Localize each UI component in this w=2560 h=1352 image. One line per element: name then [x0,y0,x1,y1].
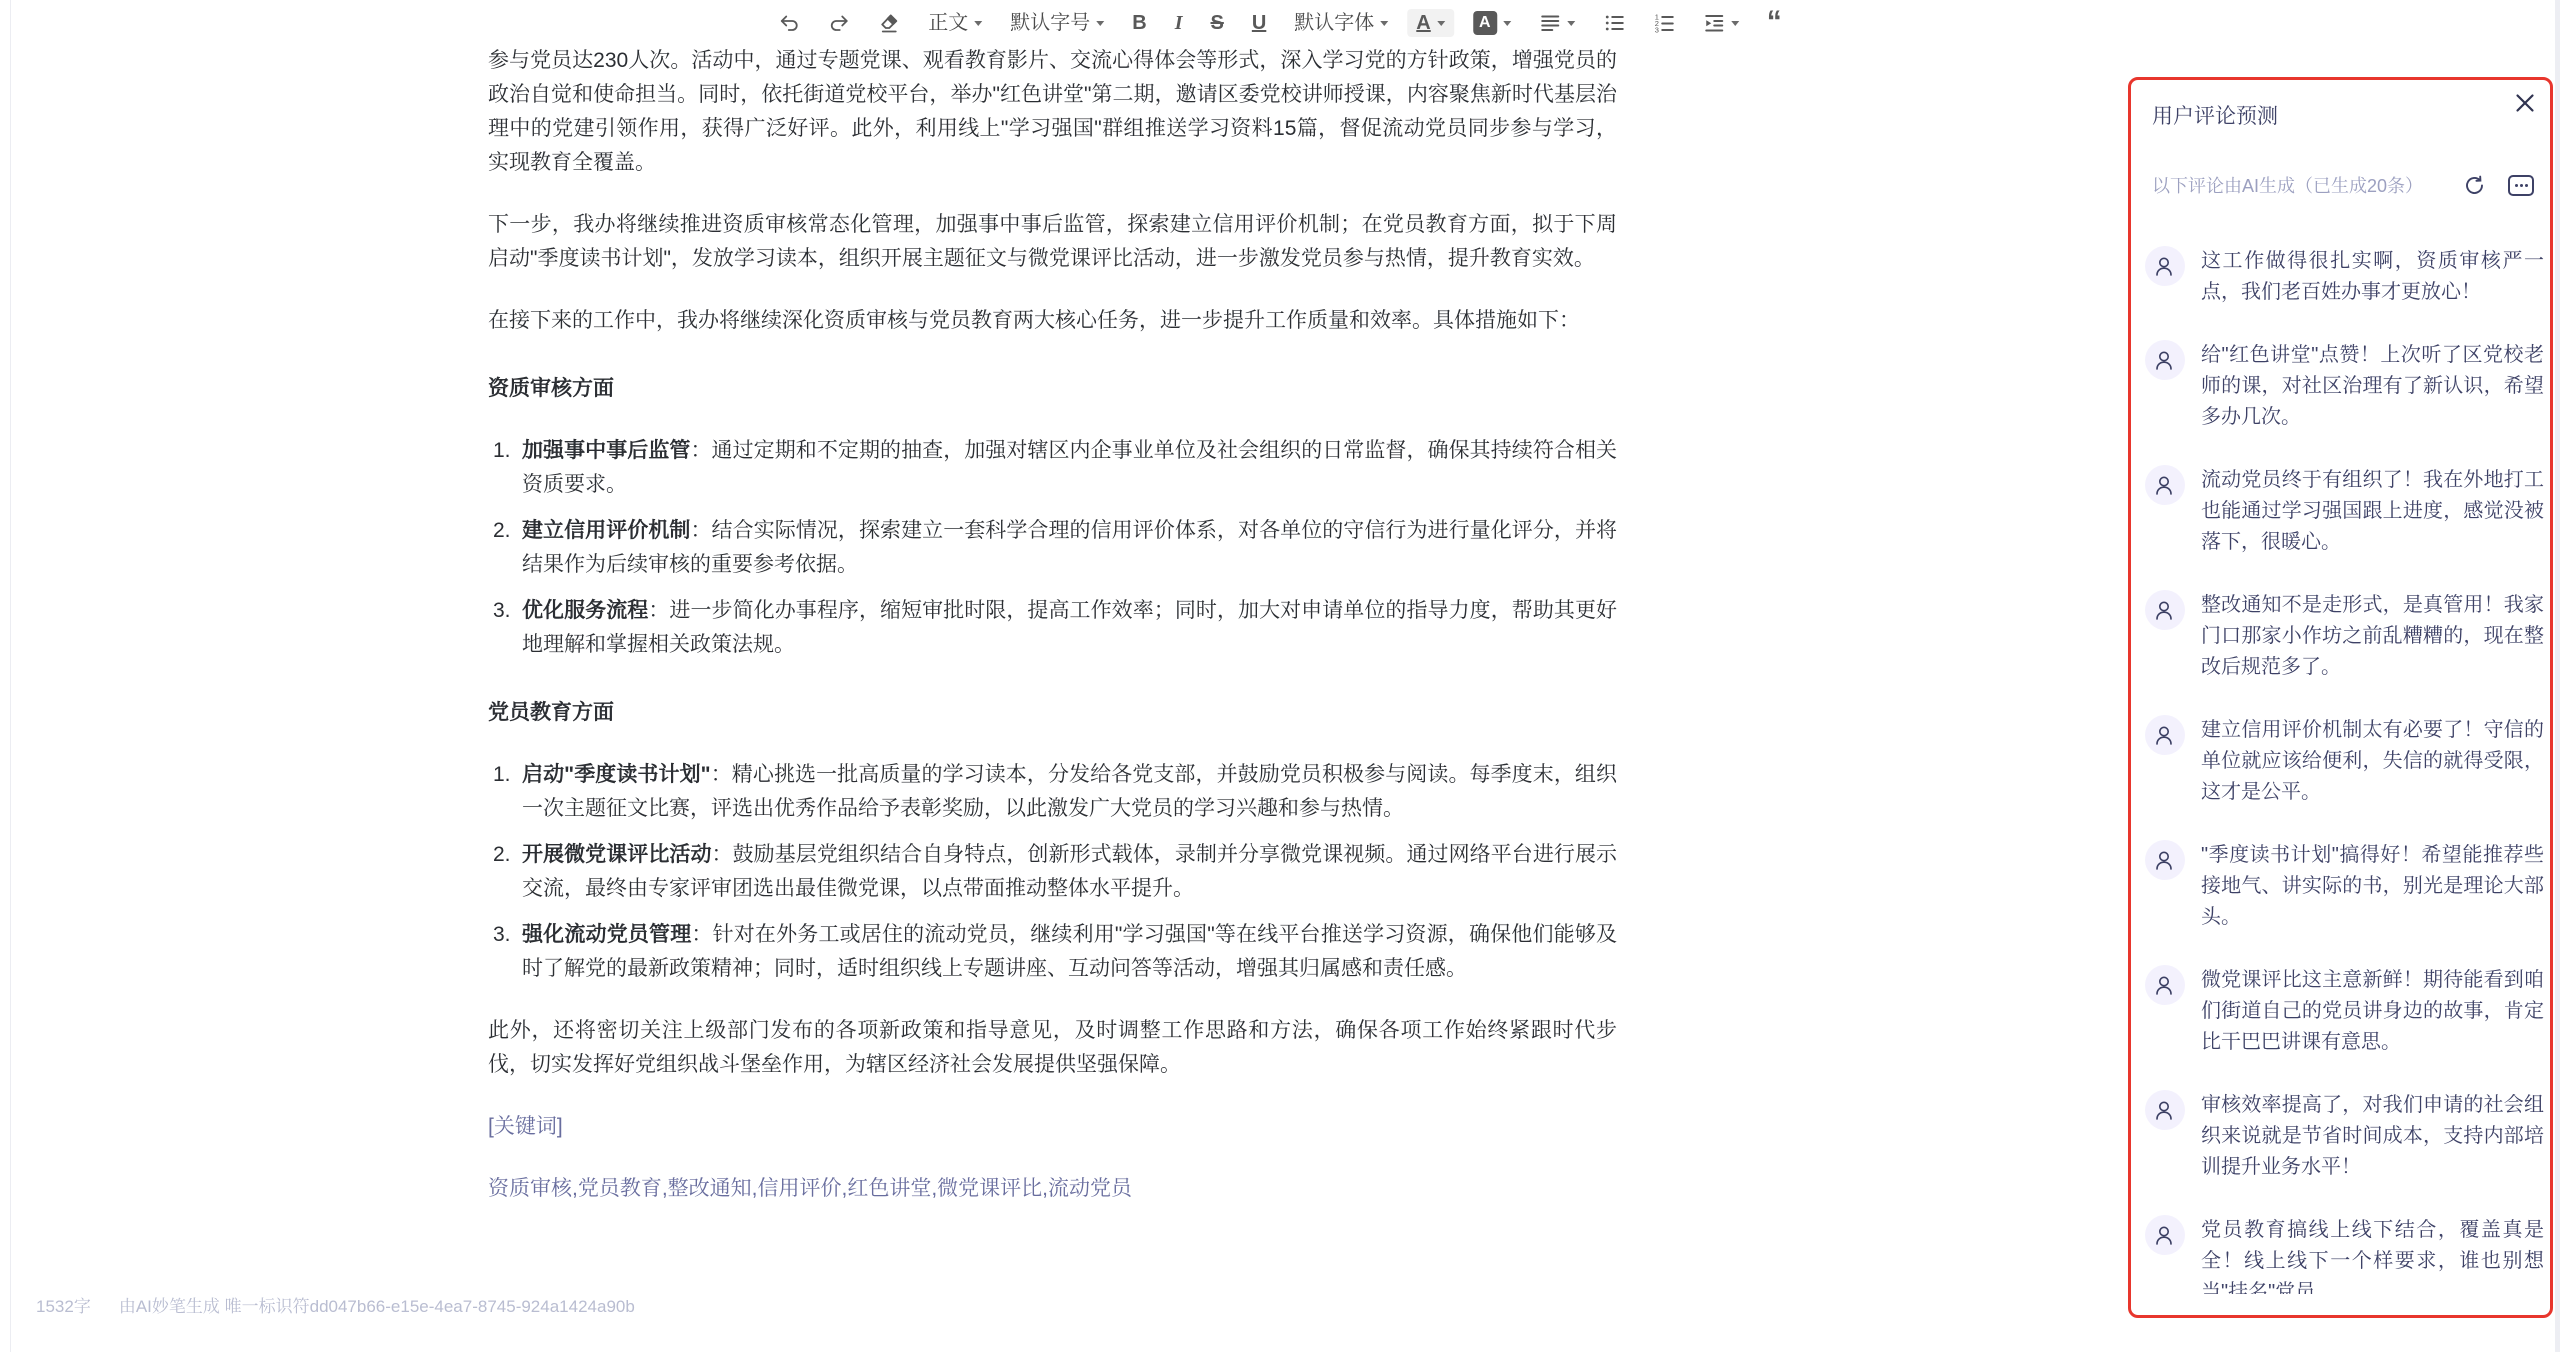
svg-text:3: 3 [1654,26,1658,35]
bullet-list-button[interactable] [1594,8,1634,38]
keywords-label: [关键词] [488,1110,1617,1144]
chevron-down-icon [1731,21,1739,26]
user-icon [2153,598,2177,622]
avatar [2145,965,2185,1005]
chevron-down-icon [1567,21,1575,26]
redo-button[interactable] [819,8,859,38]
formatting-toolbar: 正文 默认字号 B I S U 默认字体 A A 123 “ [769,5,1791,41]
list-number: 3. [488,594,522,662]
comment-prediction-panel: 用户评论预测 以下评论由AI生成（已生成20条） 这工作做得很扎实啊，资质审核严… [2128,77,2553,1318]
paragraph: 此外，还将密切关注上级部门发布的各项新政策和指导意见，及时调整工作思路和方法，确… [488,1014,1617,1082]
list-item-text: 优化服务流程：进一步简化办事程序，缩短审批时限，提高工作效率；同时，加大对申请单… [522,594,1617,662]
list-item: 1.启动"季度读书计划"：精心挑选一批高质量的学习读本，分发给各党支部，并鼓励党… [488,758,1617,826]
comment-text: 审核效率提高了，对我们申请的社会组织来说就是节省时间成本，支持内部培训提升业务水… [2201,1090,2544,1183]
paragraph: 下一步，我办将继续推进资质审核常态化管理，加强事中事后监管，探索建立信用评价机制… [488,208,1617,276]
list-number: 1. [488,758,522,826]
quote-icon: “ [1767,12,1782,34]
more-options-icon [2508,175,2534,196]
avatar [2145,590,2185,630]
comment-item: 微党课评比这主意新鲜！期待能看到咱们街道自己的党员讲身边的故事，肯定比干巴巴讲课… [2145,965,2544,1058]
avatar [2145,465,2185,505]
avatar [2145,715,2185,755]
comments-list[interactable]: 这工作做得很扎实啊，资质审核严一点，我们老百姓办事才更放心！给"红色讲堂"点赞！… [2145,246,2544,1294]
comment-text: 流动党员终于有组织了！我在外地打工也能通过学习强国跟上进度，感觉没被落下，很暖心… [2201,465,2544,558]
comment-item: 党员教育搞线上线下结合，覆盖真是全！线上线下一个样要求，谁也别想当"挂名"党员。 [2145,1215,2544,1294]
avatar [2145,1090,2185,1130]
user-icon [2153,1098,2177,1122]
close-button[interactable] [2510,88,2540,118]
list-item-text: 建立信用评价机制：结合实际情况，探索建立一套科学合理的信用评价体系，对各单位的守… [522,514,1617,582]
comment-item: 给"红色讲堂"点赞！上次听了区党校老师的课，对社区治理有了新认识，希望多办几次。 [2145,340,2544,433]
list-item-text: 启动"季度读书计划"：精心挑选一批高质量的学习读本，分发给各党支部，并鼓励党员积… [522,758,1617,826]
user-icon [2153,723,2177,747]
list-item: 2.建立信用评价机制：结合实际情况，探索建立一套科学合理的信用评价体系，对各单位… [488,514,1617,582]
redo-icon [828,12,850,34]
highlight-color-icon: A [1473,11,1497,35]
word-count: 1532字 [36,1292,91,1317]
numbered-list: 1.启动"季度读书计划"：精心挑选一批高质量的学习读本，分发给各党支部，并鼓励党… [488,758,1617,986]
list-item: 2.开展微党课评比活动：鼓励基层党组织结合自身特点，创新形式载体，录制并分享微党… [488,838,1617,906]
paragraph: 在接下来的工作中，我办将继续深化资质审核与党员教育两大核心任务，进一步提升工作质… [488,304,1617,338]
more-options-button[interactable] [2508,175,2534,196]
clear-format-button[interactable] [869,8,909,38]
font-size-label: 默认字号 [1010,13,1090,33]
user-icon [2153,1223,2177,1247]
list-item-text: 开展微党课评比活动：鼓励基层党组织结合自身特点，创新形式载体，录制并分享微党课视… [522,838,1617,906]
chevron-down-icon [1437,21,1445,26]
undo-button[interactable] [769,8,809,38]
panel-title: 用户评论预测 [2152,100,2278,130]
avatar [2145,246,2185,286]
italic-button[interactable]: I [1166,9,1192,37]
avatar [2145,840,2185,880]
strikethrough-button[interactable]: S [1202,9,1233,37]
scrollbar-track[interactable] [2555,0,2560,1352]
comment-text: "季度读书计划"搞得好！希望能推荐些接地气、讲实际的书，别光是理论大部头。 [2201,840,2544,933]
user-icon [2153,473,2177,497]
list-number: 1. [488,434,522,502]
avatar [2145,340,2185,380]
eraser-icon [878,12,900,34]
section-heading: 资质审核方面 [488,372,1617,406]
panel-subheader: 以下评论由AI生成（已生成20条） [2152,172,2534,198]
paragraph-style-select[interactable]: 正文 [919,9,991,37]
comment-item: 这工作做得很扎实啊，资质审核严一点，我们老百姓办事才更放心！ [2145,246,2544,308]
comment-item: 审核效率提高了，对我们申请的社会组织来说就是节省时间成本，支持内部培训提升业务水… [2145,1090,2544,1183]
bold-button[interactable]: B [1123,9,1155,37]
chevron-down-icon [1096,21,1104,26]
generation-info: 由AI妙笔生成 唯一标识符dd047b66-e15e-4ea7-8745-924… [119,1292,635,1317]
user-icon [2153,848,2177,872]
user-icon [2153,348,2177,372]
font-family-select[interactable]: 默认字体 [1285,9,1397,37]
refresh-button[interactable] [2463,174,2486,197]
comment-text: 这工作做得很扎实啊，资质审核严一点，我们老百姓办事才更放心！ [2201,246,2544,308]
font-size-select[interactable]: 默认字号 [1001,9,1113,37]
highlight-color-button[interactable]: A [1464,7,1520,39]
list-item: 3.优化服务流程：进一步简化办事程序，缩短审批时限，提高工作效率；同时，加大对申… [488,594,1617,662]
document-content[interactable]: 参与党员达230人次。活动中，通过专题党课、观看教育影片、交流心得体会等形式，深… [488,44,1617,1206]
comment-text: 建立信用评价机制太有必要了！守信的单位就应该给便利，失信的就得受限，这才是公平。 [2201,715,2544,808]
list-number: 2. [488,514,522,582]
bold-icon: B [1132,13,1146,33]
numbered-list-button[interactable]: 123 [1644,8,1684,38]
indent-icon [1703,12,1725,34]
align-icon [1539,12,1561,34]
numbered-list: 1.加强事中事后监管：通过定期和不定期的抽查，加强对辖区内企事业单位及社会组织的… [488,434,1617,662]
underline-button[interactable]: U [1243,9,1275,37]
section-heading: 党员教育方面 [488,696,1617,730]
font-color-icon: A [1416,13,1430,33]
strikethrough-icon: S [1211,13,1224,33]
list-item: 1.加强事中事后监管：通过定期和不定期的抽查，加强对辖区内企事业单位及社会组织的… [488,434,1617,502]
list-item-text: 加强事中事后监管：通过定期和不定期的抽查，加强对辖区内企事业单位及社会组织的日常… [522,434,1617,502]
italic-icon: I [1175,13,1183,33]
close-icon [2513,91,2537,115]
paragraph: 参与党员达230人次。活动中，通过专题党课、观看教育影片、交流心得体会等形式，深… [488,44,1617,180]
comment-text: 给"红色讲堂"点赞！上次听了区党校老师的课，对社区治理有了新认识，希望多办几次。 [2201,340,2544,433]
comment-text: 党员教育搞线上线下结合，覆盖真是全！线上线下一个样要求，谁也别想当"挂名"党员。 [2201,1215,2544,1294]
comment-text: 整改通知不是走形式，是真管用！我家门口那家小作坊之前乱糟糟的，现在整改后规范多了… [2201,590,2544,683]
list-item-text: 强化流动党员管理：针对在外务工或居住的流动党员，继续利用"学习强国"等在线平台推… [522,918,1617,986]
comment-item: 流动党员终于有组织了！我在外地打工也能通过学习强国跟上进度，感觉没被落下，很暖心… [2145,465,2544,558]
user-icon [2153,973,2177,997]
chevron-down-icon [974,21,982,26]
list-number: 2. [488,838,522,906]
numbered-list-icon: 123 [1653,12,1675,34]
comment-item: 建立信用评价机制太有必要了！守信的单位就应该给便利，失信的就得受限，这才是公平。 [2145,715,2544,808]
status-bar: 1532字 由AI妙笔生成 唯一标识符dd047b66-e15e-4ea7-87… [36,1292,635,1317]
ai-generated-note: 以下评论由AI生成（已生成20条） [2152,172,2441,198]
font-color-button[interactable]: A [1407,9,1453,37]
chevron-down-icon [1380,21,1388,26]
list-number: 3. [488,918,522,986]
bullet-list-icon [1603,12,1625,34]
comment-item: 整改通知不是走形式，是真管用！我家门口那家小作坊之前乱糟糟的，现在整改后规范多了… [2145,590,2544,683]
user-icon [2153,254,2177,278]
underline-icon: U [1252,13,1266,33]
paragraph-style-label: 正文 [928,13,968,33]
left-edge-divider [10,0,11,1352]
refresh-icon [2463,174,2486,197]
avatar [2145,1215,2185,1255]
list-item: 3.强化流动党员管理：针对在外务工或居住的流动党员，继续利用"学习强国"等在线平… [488,918,1617,986]
comment-item: "季度读书计划"搞得好！希望能推荐些接地气、讲实际的书，别光是理论大部头。 [2145,840,2544,933]
chevron-down-icon [1503,21,1511,26]
blockquote-button[interactable]: “ [1758,8,1791,38]
undo-icon [778,12,800,34]
align-button[interactable] [1530,8,1584,38]
font-family-label: 默认字体 [1294,13,1374,33]
keywords-line: 资质审核,党员教育,整改通知,信用评价,红色讲堂,微党课评比,流动党员 [488,1172,1617,1206]
comment-text: 微党课评比这主意新鲜！期待能看到咱们街道自己的党员讲身边的故事，肯定比干巴巴讲课… [2201,965,2544,1058]
indent-button[interactable] [1694,8,1748,38]
